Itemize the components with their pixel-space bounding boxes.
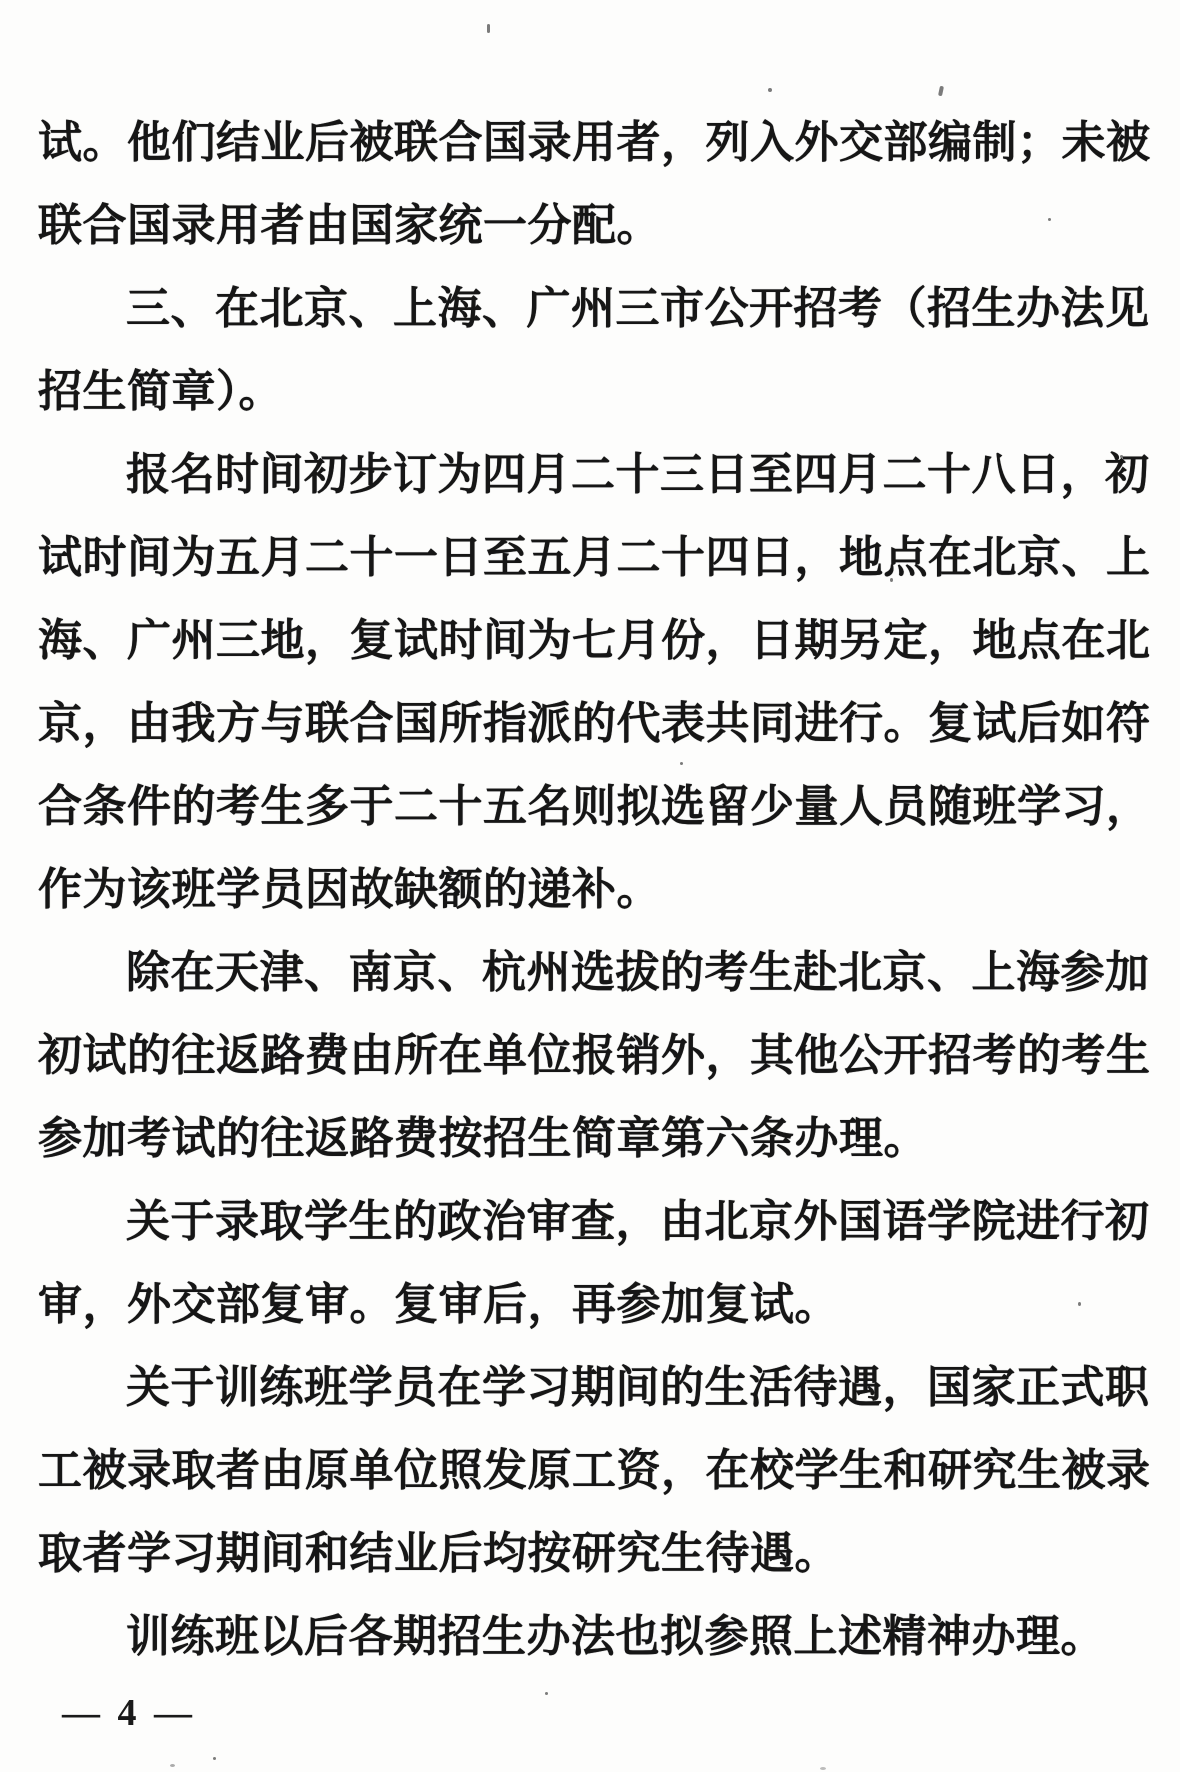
- scan-speck: [680, 762, 683, 765]
- text-line: 联合国录用者由国家统一分配。: [38, 184, 1146, 267]
- scan-speck: [848, 962, 851, 965]
- scan-speck: [487, 24, 490, 33]
- scan-speck: [820, 300, 823, 303]
- text-line: 审，外交部复审。复审后，再参加复试。: [38, 1263, 1146, 1346]
- scan-speck: [960, 1210, 963, 1213]
- text-line: 初试的往返路费由所在单位报销外，其他公开招考的考生: [38, 1014, 1146, 1097]
- scan-speck: [1048, 218, 1051, 221]
- text-line: 关于训练班学员在学习期间的生活待遇，国家正式职: [38, 1346, 1146, 1429]
- text-line: 工被录取者由原单位照发原工资，在校学生和研究生被录: [38, 1429, 1146, 1512]
- text-line: 试时间为五月二十一日至五月二十四日，地点在北京、上: [38, 516, 1146, 599]
- text-line: 取者学习期间和结业后均按研究生待遇。: [38, 1512, 1146, 1595]
- scan-speck: [1120, 455, 1123, 458]
- scan-speck: [170, 1764, 175, 1767]
- text-line: 参加考试的往返路费按招生简章第六条办理。: [38, 1097, 1146, 1180]
- text-line: 三、在北京、上海、广州三市公开招考（招生办法见: [38, 267, 1146, 350]
- text-line: 合条件的考生多于二十五名则拟选留少量人员随班学习，: [38, 765, 1146, 848]
- text-line: 报名时间初步订为四月二十三日至四月二十八日，初: [38, 433, 1146, 516]
- text-line: 除在天津、南京、杭州选拔的考生赴北京、上海参加: [38, 931, 1146, 1014]
- text-line: 关于录取学生的政治审查，由北京外国语学院进行初: [38, 1180, 1146, 1263]
- scan-speck: [1078, 1302, 1081, 1306]
- text-line: 试。他们结业后被联合国录用者，列入外交部编制；未被: [38, 101, 1146, 184]
- scan-speck: [213, 1757, 216, 1760]
- text-line: 作为该班学员因故缺额的递补。: [38, 848, 1146, 931]
- scanned-document-page: 试。他们结业后被联合国录用者，列入外交部编制；未被联合国录用者由国家统一分配。三…: [0, 0, 1180, 1772]
- scan-speck: [938, 86, 944, 97]
- scan-speck: [820, 1767, 826, 1770]
- document-text: 试。他们结业后被联合国录用者，列入外交部编制；未被联合国录用者由国家统一分配。三…: [38, 101, 1146, 1678]
- text-line: 训练班以后各期招生办法也拟参照上述精神办理。: [38, 1595, 1146, 1678]
- text-line: 招生简章）。: [38, 350, 1146, 433]
- text-line: 海、广州三地，复试时间为七月份，日期另定，地点在北: [38, 599, 1146, 682]
- page-number: — 4 —: [62, 1688, 196, 1738]
- scan-speck: [545, 1692, 548, 1695]
- scan-speck: [768, 88, 772, 92]
- text-line: 京，由我方与联合国所指派的代表共同进行。复试后如符: [38, 682, 1146, 765]
- scan-speck: [890, 578, 893, 582]
